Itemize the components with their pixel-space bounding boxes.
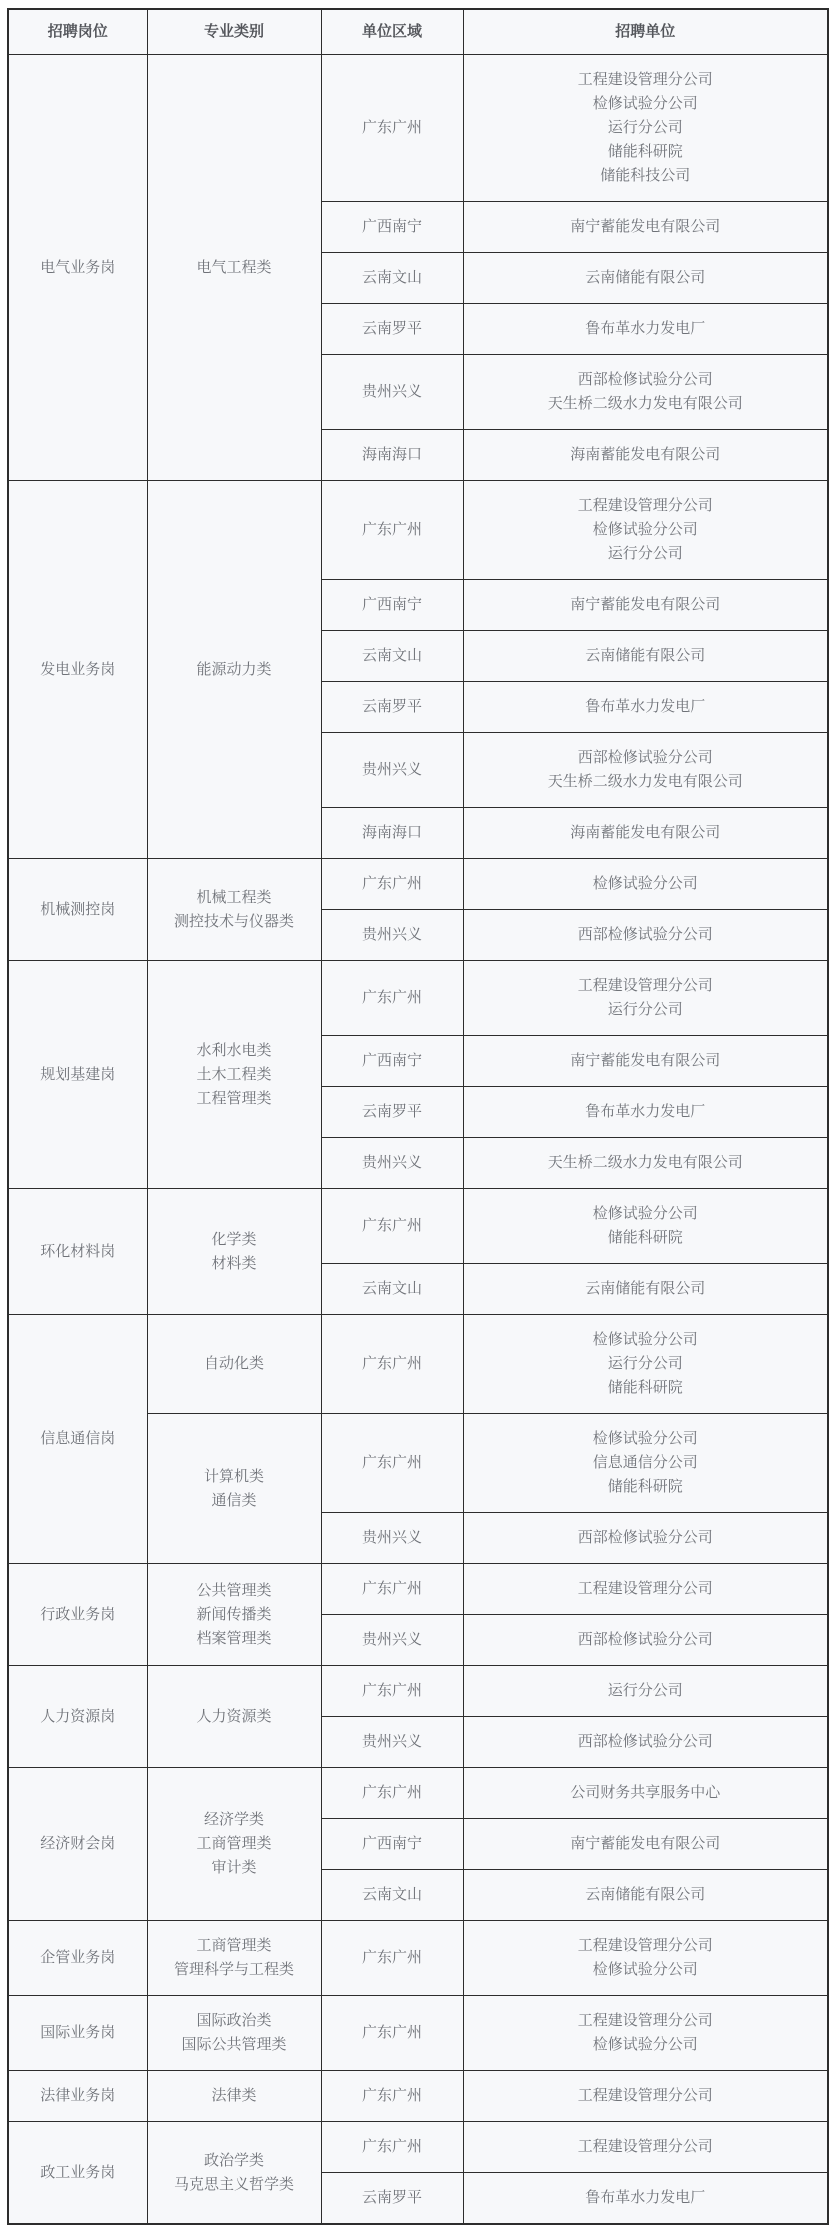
units-cell: 工程建设管理分公司 xyxy=(463,2071,828,2122)
major-line: 电气工程类 xyxy=(154,256,315,280)
unit-line: 检修试验分公司 xyxy=(470,1328,822,1352)
units-cell: 云南储能有限公司 xyxy=(463,253,828,304)
unit-line: 西部检修试验分公司 xyxy=(470,923,822,947)
region-cell: 贵州兴义 xyxy=(321,733,463,808)
units-cell: 西部检修试验分公司 xyxy=(463,1615,828,1666)
major-line: 计算机类 xyxy=(154,1465,315,1489)
region-cell: 广东广州 xyxy=(321,1996,463,2071)
unit-line: 工程建设管理分公司 xyxy=(470,68,822,92)
region-cell: 云南文山 xyxy=(321,253,463,304)
column-header-major: 专业类别 xyxy=(147,9,321,55)
column-header-units: 招聘单位 xyxy=(463,9,828,55)
units-cell: 南宁蓄能发电有限公司 xyxy=(463,202,828,253)
unit-line: 鲁布革水力发电厂 xyxy=(470,1100,822,1124)
major-line: 工程管理类 xyxy=(154,1087,315,1111)
major-cell: 法律类 xyxy=(147,2071,321,2122)
unit-line: 工程建设管理分公司 xyxy=(470,494,822,518)
region-cell: 海南海口 xyxy=(321,430,463,481)
units-cell: 云南储能有限公司 xyxy=(463,631,828,682)
unit-line: 天生桥二级水力发电有限公司 xyxy=(470,392,822,416)
region-cell: 广东广州 xyxy=(321,961,463,1036)
major-line: 法律类 xyxy=(154,2084,315,2108)
major-cell: 机械工程类测控技术与仪器类 xyxy=(147,859,321,961)
position-cell: 经济财会岗 xyxy=(8,1768,147,1921)
unit-line: 南宁蓄能发电有限公司 xyxy=(470,1832,822,1856)
column-header-position: 招聘岗位 xyxy=(8,9,147,55)
major-cell: 计算机类通信类 xyxy=(147,1414,321,1564)
major-line: 自动化类 xyxy=(154,1352,315,1376)
major-line: 审计类 xyxy=(154,1856,315,1880)
units-cell: 检修试验分公司信息通信分公司储能科研院 xyxy=(463,1414,828,1513)
units-cell: 工程建设管理分公司 xyxy=(463,2122,828,2173)
major-line: 马克思主义哲学类 xyxy=(154,2173,315,2197)
units-cell: 检修试验分公司 xyxy=(463,859,828,910)
unit-line: 海南蓄能发电有限公司 xyxy=(470,821,822,845)
major-line: 政治学类 xyxy=(154,2149,315,2173)
major-line: 工商管理类 xyxy=(154,1934,315,1958)
unit-line: 天生桥二级水力发电有限公司 xyxy=(470,1151,822,1175)
units-cell: 西部检修试验分公司天生桥二级水力发电有限公司 xyxy=(463,733,828,808)
major-cell: 工商管理类管理科学与工程类 xyxy=(147,1921,321,1996)
table-row: 企管业务岗工商管理类管理科学与工程类广东广州工程建设管理分公司检修试验分公司 xyxy=(8,1921,828,1996)
unit-line: 运行分公司 xyxy=(470,1679,822,1703)
unit-line: 鲁布革水力发电厂 xyxy=(470,2186,822,2210)
major-line: 土木工程类 xyxy=(154,1063,315,1087)
table-row: 经济财会岗经济学类工商管理类审计类广东广州公司财务共享服务中心 xyxy=(8,1768,828,1819)
unit-line: 检修试验分公司 xyxy=(470,872,822,896)
units-cell: 鲁布革水力发电厂 xyxy=(463,682,828,733)
units-cell: 工程建设管理分公司 xyxy=(463,1564,828,1615)
region-cell: 贵州兴义 xyxy=(321,1513,463,1564)
major-line: 工商管理类 xyxy=(154,1832,315,1856)
region-cell: 云南罗平 xyxy=(321,2173,463,2225)
unit-line: 运行分公司 xyxy=(470,1352,822,1376)
units-cell: 工程建设管理分公司检修试验分公司 xyxy=(463,1996,828,2071)
region-cell: 广西南宁 xyxy=(321,1819,463,1870)
unit-line: 工程建设管理分公司 xyxy=(470,1934,822,1958)
position-cell: 规划基建岗 xyxy=(8,961,147,1189)
table-row: 政工业务岗政治学类马克思主义哲学类广东广州工程建设管理分公司 xyxy=(8,2122,828,2173)
unit-line: 天生桥二级水力发电有限公司 xyxy=(470,770,822,794)
units-cell: 南宁蓄能发电有限公司 xyxy=(463,1036,828,1087)
region-cell: 广西南宁 xyxy=(321,580,463,631)
major-line: 管理科学与工程类 xyxy=(154,1958,315,1982)
units-cell: 鲁布革水力发电厂 xyxy=(463,304,828,355)
region-cell: 贵州兴义 xyxy=(321,355,463,430)
major-line: 测控技术与仪器类 xyxy=(154,910,315,934)
major-line: 公共管理类 xyxy=(154,1579,315,1603)
table-row: 法律业务岗法律类广东广州工程建设管理分公司 xyxy=(8,2071,828,2122)
units-cell: 云南储能有限公司 xyxy=(463,1264,828,1315)
major-line: 材料类 xyxy=(154,1252,315,1276)
table-row: 人力资源岗人力资源类广东广州运行分公司 xyxy=(8,1666,828,1717)
major-cell: 经济学类工商管理类审计类 xyxy=(147,1768,321,1921)
region-cell: 广东广州 xyxy=(321,2071,463,2122)
region-cell: 广东广州 xyxy=(321,859,463,910)
unit-line: 检修试验分公司 xyxy=(470,2033,822,2057)
position-cell: 行政业务岗 xyxy=(8,1564,147,1666)
region-cell: 云南罗平 xyxy=(321,682,463,733)
region-cell: 广东广州 xyxy=(321,1921,463,1996)
position-cell: 环化材料岗 xyxy=(8,1189,147,1315)
unit-line: 南宁蓄能发电有限公司 xyxy=(470,215,822,239)
units-cell: 鲁布革水力发电厂 xyxy=(463,2173,828,2225)
table-row: 发电业务岗能源动力类广东广州工程建设管理分公司检修试验分公司运行分公司 xyxy=(8,481,828,580)
major-line: 水利水电类 xyxy=(154,1039,315,1063)
region-cell: 贵州兴义 xyxy=(321,1615,463,1666)
region-cell: 贵州兴义 xyxy=(321,1138,463,1189)
unit-line: 公司财务共享服务中心 xyxy=(470,1781,822,1805)
position-cell: 电气业务岗 xyxy=(8,55,147,481)
unit-line: 西部检修试验分公司 xyxy=(470,1730,822,1754)
unit-line: 检修试验分公司 xyxy=(470,1958,822,1982)
units-cell: 西部检修试验分公司 xyxy=(463,1717,828,1768)
region-cell: 广东广州 xyxy=(321,1414,463,1513)
major-cell: 化学类材料类 xyxy=(147,1189,321,1315)
region-cell: 广东广州 xyxy=(321,1768,463,1819)
unit-line: 运行分公司 xyxy=(470,542,822,566)
units-cell: 工程建设管理分公司检修试验分公司 xyxy=(463,1921,828,1996)
region-cell: 广东广州 xyxy=(321,1189,463,1264)
units-cell: 海南蓄能发电有限公司 xyxy=(463,808,828,859)
unit-line: 工程建设管理分公司 xyxy=(470,2009,822,2033)
region-cell: 广东广州 xyxy=(321,55,463,202)
region-cell: 云南罗平 xyxy=(321,1087,463,1138)
region-cell: 广东广州 xyxy=(321,1666,463,1717)
unit-line: 西部检修试验分公司 xyxy=(470,746,822,770)
unit-line: 工程建设管理分公司 xyxy=(470,1577,822,1601)
major-line: 经济学类 xyxy=(154,1808,315,1832)
region-cell: 广东广州 xyxy=(321,1315,463,1414)
units-cell: 天生桥二级水力发电有限公司 xyxy=(463,1138,828,1189)
table-row: 国际业务岗国际政治类国际公共管理类广东广州工程建设管理分公司检修试验分公司 xyxy=(8,1996,828,2071)
unit-line: 云南储能有限公司 xyxy=(470,1883,822,1907)
position-cell: 发电业务岗 xyxy=(8,481,147,859)
unit-line: 工程建设管理分公司 xyxy=(470,2084,822,2108)
table-row: 规划基建岗水利水电类土木工程类工程管理类广东广州工程建设管理分公司运行分公司 xyxy=(8,961,828,1036)
units-cell: 鲁布革水力发电厂 xyxy=(463,1087,828,1138)
position-cell: 法律业务岗 xyxy=(8,2071,147,2122)
column-header-region: 单位区域 xyxy=(321,9,463,55)
region-cell: 云南罗平 xyxy=(321,304,463,355)
region-cell: 广东广州 xyxy=(321,481,463,580)
units-cell: 检修试验分公司运行分公司储能科研院 xyxy=(463,1315,828,1414)
unit-line: 鲁布革水力发电厂 xyxy=(470,695,822,719)
unit-line: 储能科研院 xyxy=(470,140,822,164)
units-cell: 工程建设管理分公司运行分公司 xyxy=(463,961,828,1036)
major-cell: 公共管理类新闻传播类档案管理类 xyxy=(147,1564,321,1666)
region-cell: 贵州兴义 xyxy=(321,1717,463,1768)
table-header: 招聘岗位 专业类别 单位区域 招聘单位 xyxy=(8,9,828,55)
units-cell: 运行分公司 xyxy=(463,1666,828,1717)
unit-line: 西部检修试验分公司 xyxy=(470,368,822,392)
unit-line: 检修试验分公司 xyxy=(470,1427,822,1451)
table-row: 环化材料岗化学类材料类广东广州检修试验分公司储能科研院 xyxy=(8,1189,828,1264)
unit-line: 云南储能有限公司 xyxy=(470,1277,822,1301)
major-line: 档案管理类 xyxy=(154,1627,315,1651)
position-cell: 信息通信岗 xyxy=(8,1315,147,1564)
units-cell: 云南储能有限公司 xyxy=(463,1870,828,1921)
position-cell: 机械测控岗 xyxy=(8,859,147,961)
unit-line: 运行分公司 xyxy=(470,998,822,1022)
major-cell: 人力资源类 xyxy=(147,1666,321,1768)
table-row: 机械测控岗机械工程类测控技术与仪器类广东广州检修试验分公司 xyxy=(8,859,828,910)
major-line: 国际政治类 xyxy=(154,2009,315,2033)
region-cell: 广西南宁 xyxy=(321,1036,463,1087)
position-cell: 国际业务岗 xyxy=(8,1996,147,2071)
major-line: 国际公共管理类 xyxy=(154,2033,315,2057)
table-body: 电气业务岗电气工程类广东广州工程建设管理分公司检修试验分公司运行分公司储能科研院… xyxy=(8,55,828,2225)
region-cell: 贵州兴义 xyxy=(321,910,463,961)
major-line: 人力资源类 xyxy=(154,1705,315,1729)
unit-line: 运行分公司 xyxy=(470,116,822,140)
recruitment-table: 招聘岗位 专业类别 单位区域 招聘单位 电气业务岗电气工程类广东广州工程建设管理… xyxy=(7,8,829,2225)
units-cell: 西部检修试验分公司 xyxy=(463,1513,828,1564)
units-cell: 南宁蓄能发电有限公司 xyxy=(463,580,828,631)
unit-line: 工程建设管理分公司 xyxy=(470,2135,822,2159)
units-cell: 工程建设管理分公司检修试验分公司运行分公司 xyxy=(463,481,828,580)
unit-line: 南宁蓄能发电有限公司 xyxy=(470,1049,822,1073)
unit-line: 储能科研院 xyxy=(470,1226,822,1250)
unit-line: 鲁布革水力发电厂 xyxy=(470,317,822,341)
unit-line: 西部检修试验分公司 xyxy=(470,1526,822,1550)
unit-line: 检修试验分公司 xyxy=(470,92,822,116)
unit-line: 检修试验分公司 xyxy=(470,518,822,542)
unit-line: 南宁蓄能发电有限公司 xyxy=(470,593,822,617)
major-line: 化学类 xyxy=(154,1228,315,1252)
units-cell: 南宁蓄能发电有限公司 xyxy=(463,1819,828,1870)
region-cell: 云南文山 xyxy=(321,631,463,682)
page: 招聘岗位 专业类别 单位区域 招聘单位 电气业务岗电气工程类广东广州工程建设管理… xyxy=(0,0,834,2233)
position-cell: 企管业务岗 xyxy=(8,1921,147,1996)
major-line: 能源动力类 xyxy=(154,658,315,682)
units-cell: 工程建设管理分公司检修试验分公司运行分公司储能科研院储能科技公司 xyxy=(463,55,828,202)
major-cell: 能源动力类 xyxy=(147,481,321,859)
units-cell: 公司财务共享服务中心 xyxy=(463,1768,828,1819)
unit-line: 检修试验分公司 xyxy=(470,1202,822,1226)
units-cell: 海南蓄能发电有限公司 xyxy=(463,430,828,481)
region-cell: 广东广州 xyxy=(321,1564,463,1615)
table-row: 电气业务岗电气工程类广东广州工程建设管理分公司检修试验分公司运行分公司储能科研院… xyxy=(8,55,828,202)
position-cell: 人力资源岗 xyxy=(8,1666,147,1768)
units-cell: 西部检修试验分公司天生桥二级水力发电有限公司 xyxy=(463,355,828,430)
unit-line: 储能科研院 xyxy=(470,1376,822,1400)
unit-line: 西部检修试验分公司 xyxy=(470,1628,822,1652)
header-row: 招聘岗位 专业类别 单位区域 招聘单位 xyxy=(8,9,828,55)
unit-line: 工程建设管理分公司 xyxy=(470,974,822,998)
unit-line: 海南蓄能发电有限公司 xyxy=(470,443,822,467)
unit-line: 信息通信分公司 xyxy=(470,1451,822,1475)
major-cell: 政治学类马克思主义哲学类 xyxy=(147,2122,321,2225)
unit-line: 储能科研院 xyxy=(470,1475,822,1499)
table-row: 行政业务岗公共管理类新闻传播类档案管理类广东广州工程建设管理分公司 xyxy=(8,1564,828,1615)
major-cell: 国际政治类国际公共管理类 xyxy=(147,1996,321,2071)
major-cell: 自动化类 xyxy=(147,1315,321,1414)
units-cell: 检修试验分公司储能科研院 xyxy=(463,1189,828,1264)
unit-line: 云南储能有限公司 xyxy=(470,266,822,290)
unit-line: 云南储能有限公司 xyxy=(470,644,822,668)
region-cell: 广西南宁 xyxy=(321,202,463,253)
major-line: 机械工程类 xyxy=(154,886,315,910)
region-cell: 云南文山 xyxy=(321,1870,463,1921)
major-line: 新闻传播类 xyxy=(154,1603,315,1627)
units-cell: 西部检修试验分公司 xyxy=(463,910,828,961)
major-cell: 水利水电类土木工程类工程管理类 xyxy=(147,961,321,1189)
major-cell: 电气工程类 xyxy=(147,55,321,481)
table-row: 信息通信岗自动化类广东广州检修试验分公司运行分公司储能科研院 xyxy=(8,1315,828,1414)
unit-line: 储能科技公司 xyxy=(470,164,822,188)
position-cell: 政工业务岗 xyxy=(8,2122,147,2225)
region-cell: 广东广州 xyxy=(321,2122,463,2173)
major-line: 通信类 xyxy=(154,1489,315,1513)
region-cell: 云南文山 xyxy=(321,1264,463,1315)
region-cell: 海南海口 xyxy=(321,808,463,859)
